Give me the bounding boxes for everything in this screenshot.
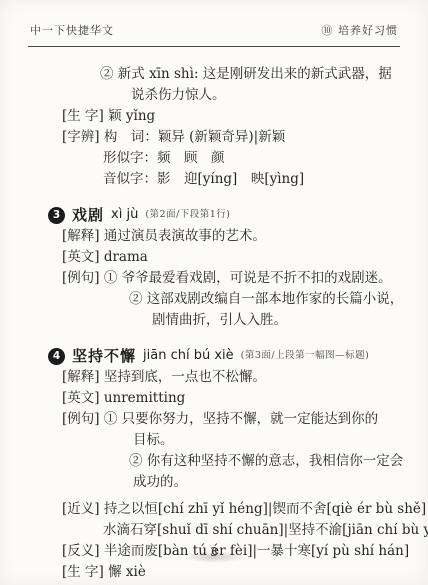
textbook-page: 中一下快捷华文 ⑩ 培养好习惯 ② 新式 xīn shì: 这是刚研发出来的新式… — [0, 0, 428, 585]
entry4-source-ref: (第3面/上段第一幅图—标题) — [241, 345, 370, 367]
entry3-source-ref: (第2面/下段第1行) — [145, 204, 230, 226]
entry3-title: 3 戏剧 xì jù (第2面/下段第1行) — [0, 204, 428, 226]
entry4-liju1-line2: 目标。 — [0, 430, 428, 451]
page-header: 中一下快捷华文 ⑩ 培养好习惯 — [30, 22, 398, 38]
entry3-jieshi-line: [解释] 通过演员表演故事的艺术。 — [0, 226, 428, 247]
entry4-liju2-line1: ② 你有这种坚持不懈的意志，我相信你一定会 — [0, 451, 428, 472]
entry4-pinyin: jiān chí bú xiè — [143, 345, 234, 367]
entry4-word: 坚持不懈 — [72, 345, 136, 367]
entry3-liju2-line1: ② 这部戏剧改编自一部本地作家的长篇小说， — [0, 289, 428, 310]
entry4-jinyi-line2: 水滴石穿[shuǐ dī shí chuān]|坚持不渝[jiān chí bù… — [0, 520, 428, 541]
page-number: 3 — [210, 545, 218, 559]
shengzi-line-ying: [生 字] 颖 yǐng — [0, 106, 428, 127]
entry3-liju1-line: [例句] ① 爷爷最爱看戏剧，可说是不折不扣的戏剧迷。 — [0, 268, 428, 289]
yinsizi-line: 音似字：影 迎[yíng] 映[yìng] — [0, 169, 428, 190]
entry4-jinyi-line1: [近义] 持之以恒[chí zhī yǐ héng]|锲而不舍[qiè ér b… — [0, 499, 428, 520]
zibian-gouci-line: [字辨] 构 词：颖异 (新颖奇异)|新颖 — [0, 127, 428, 148]
example-line-xinshi-2: 说杀伤力惊人。 — [0, 85, 428, 106]
entry4-jieshi-line: [解释] 坚持到底，一点也不松懈。 — [0, 367, 428, 388]
entry4-liju1-line1: [例句] ① 只要你努力，坚持不懈，就一定能达到你的 — [0, 409, 428, 430]
header-left-title: 中一下快捷华文 — [30, 22, 114, 38]
entry3-word: 戏剧 — [72, 204, 104, 226]
entry4-yingwen-line: [英文] unremitting — [0, 388, 428, 409]
entry3-liju2-line2: 剧情曲折，引人入胜。 — [0, 310, 428, 331]
entry3-pinyin: xì jù — [111, 204, 138, 226]
example-line-xinshi-1: ② 新式 xīn shì: 这是刚研发出来的新式武器，据 — [0, 64, 428, 85]
entry3-yingwen-line: [英文] drama — [0, 247, 428, 268]
header-rule — [28, 46, 400, 47]
header-right-title: ⑩ 培养好习惯 — [322, 22, 399, 38]
entry4-liju2-line2: 成功的。 — [0, 472, 428, 493]
entry4-title: 4 坚持不懈 jiān chí bú xiè (第3面/上段第一幅图—标题) — [0, 345, 428, 367]
page-content: ② 新式 xīn shì: 这是刚研发出来的新式武器，据 说杀伤力惊人。 [生 … — [0, 56, 428, 583]
entry4-number-badge: 4 — [48, 348, 65, 365]
xingsizi-line: 形似字：频 顾 颜 — [0, 148, 428, 169]
page-number-footer: 3 — [0, 545, 428, 559]
entry3-number-badge: 3 — [48, 207, 65, 224]
entry4-shengzi-line: [生 字] 懈 xiè — [0, 562, 428, 583]
